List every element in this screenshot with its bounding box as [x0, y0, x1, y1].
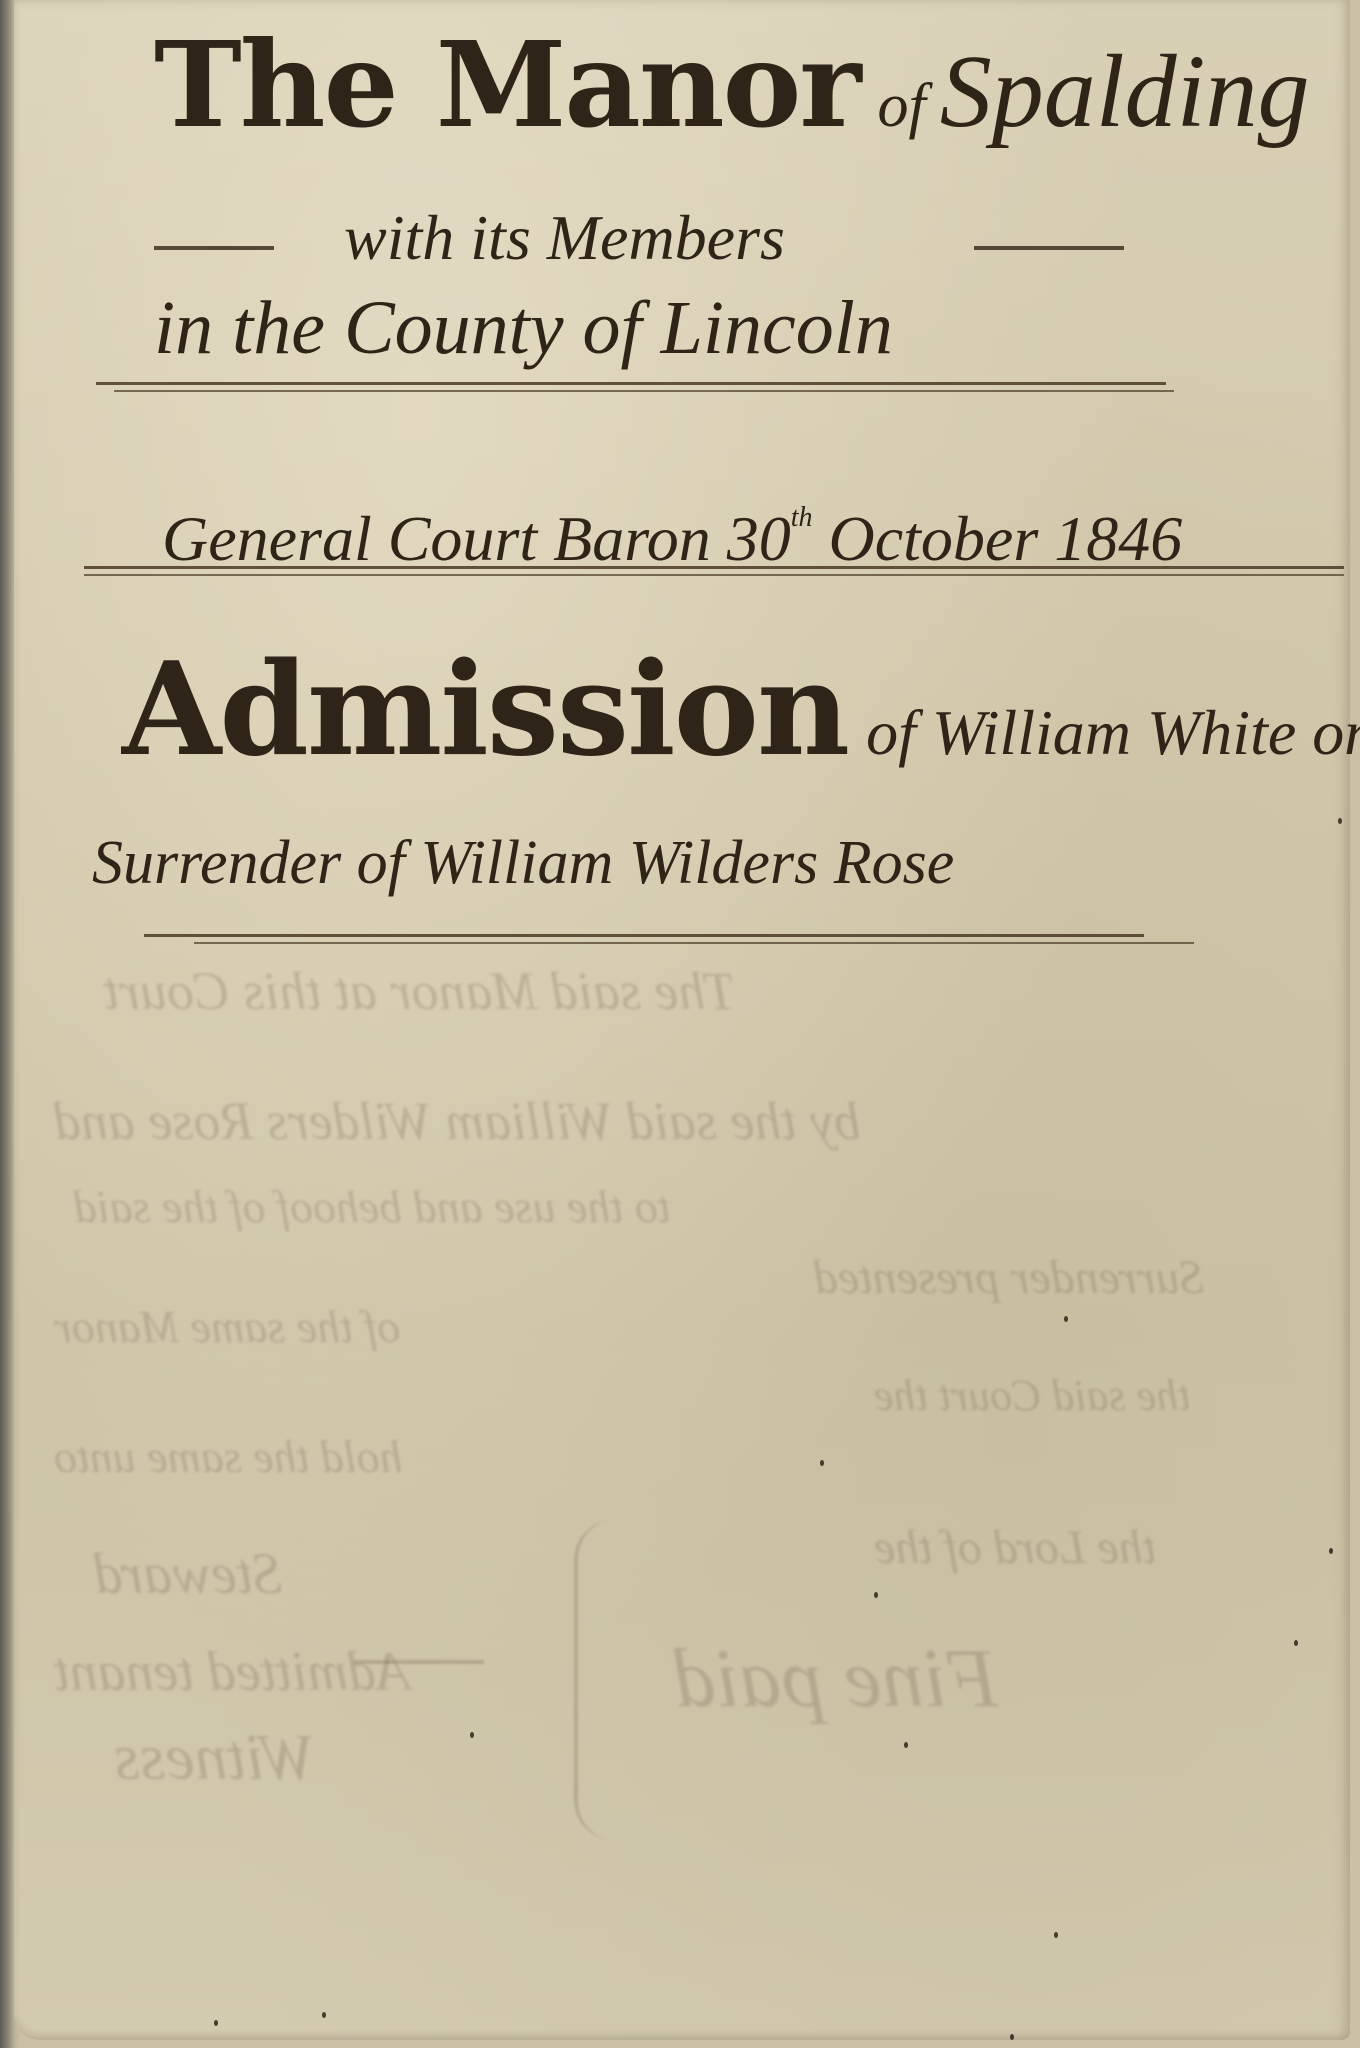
- bleed-through-dash: [354, 1660, 484, 1664]
- admission-line: Admission of William White on: [122, 640, 1360, 800]
- court-day-suffix: th: [791, 502, 813, 533]
- bleed-through-line: by the said William Wilders Rose and: [54, 1090, 861, 1152]
- court-month-year: October 1846: [829, 503, 1183, 574]
- bleed-through-line: Admitted tenant: [54, 1640, 410, 1704]
- subtitle-members: with its Members: [344, 198, 785, 278]
- court-date-line: General Court Baron 30th October 1846: [162, 478, 1182, 579]
- ink-spot: [1064, 1316, 1068, 1322]
- bleed-through-line: Steward: [94, 1540, 282, 1607]
- header-double-rule-bottom: [114, 390, 1174, 392]
- ink-spot: [1329, 1548, 1333, 1554]
- court-prefix: General Court Baron 30: [162, 503, 791, 574]
- title-place: Spalding: [940, 34, 1310, 149]
- ink-spot: [214, 2020, 218, 2026]
- photo-stage: The Manor of Spalding with its Members i…: [0, 0, 1360, 2048]
- title-manor: The Manor: [154, 15, 860, 154]
- bleed-through-line: The said Manor at this Court: [104, 960, 736, 1022]
- subtitle-dash-left: [154, 246, 274, 250]
- court-double-rule-bottom: [84, 574, 1344, 576]
- subtitle-dash-right: [974, 246, 1124, 250]
- title-line: The Manor of Spalding: [154, 20, 1310, 180]
- ink-spot: [1010, 2034, 1014, 2040]
- ink-spot: [322, 2012, 326, 2018]
- parchment-page: The Manor of Spalding with its Members i…: [14, 0, 1350, 2040]
- bleed-through-line: Surrender presented: [814, 1250, 1204, 1305]
- bleed-through-line: the Lord of the: [874, 1520, 1156, 1575]
- entry-double-rule-top: [144, 934, 1144, 937]
- ink-spot: [1338, 818, 1342, 824]
- bleed-through-line: the said Court the: [874, 1370, 1191, 1421]
- header-double-rule-top: [96, 382, 1166, 385]
- ink-spot: [820, 1460, 824, 1466]
- bleed-through-line: Witness: [114, 1720, 316, 1796]
- surrender-line: Surrender of William Wilders Rose: [92, 818, 954, 908]
- entry-double-rule-bottom: [194, 942, 1194, 944]
- bleed-through-line: to the use and behoof of the said: [74, 1180, 671, 1233]
- bleed-through-brace: [574, 1520, 618, 1840]
- ink-spot: [904, 1742, 908, 1748]
- county-line: in the County of Lincoln: [154, 278, 893, 378]
- ink-spot: [1294, 1640, 1298, 1646]
- ink-spot: [470, 1732, 474, 1738]
- bleed-through-line: Fine paid: [674, 1630, 998, 1727]
- bleed-through-line: of the same Manor: [54, 1300, 400, 1353]
- ink-spot: [1054, 1932, 1058, 1938]
- admission-heading-rest: of William White on: [866, 697, 1360, 768]
- admission-heading: Admission: [122, 635, 848, 785]
- title-of: of: [878, 72, 926, 140]
- court-double-rule-top: [84, 566, 1344, 569]
- ink-spot: [874, 1592, 878, 1598]
- bleed-through-line: hold the same unto: [54, 1430, 403, 1483]
